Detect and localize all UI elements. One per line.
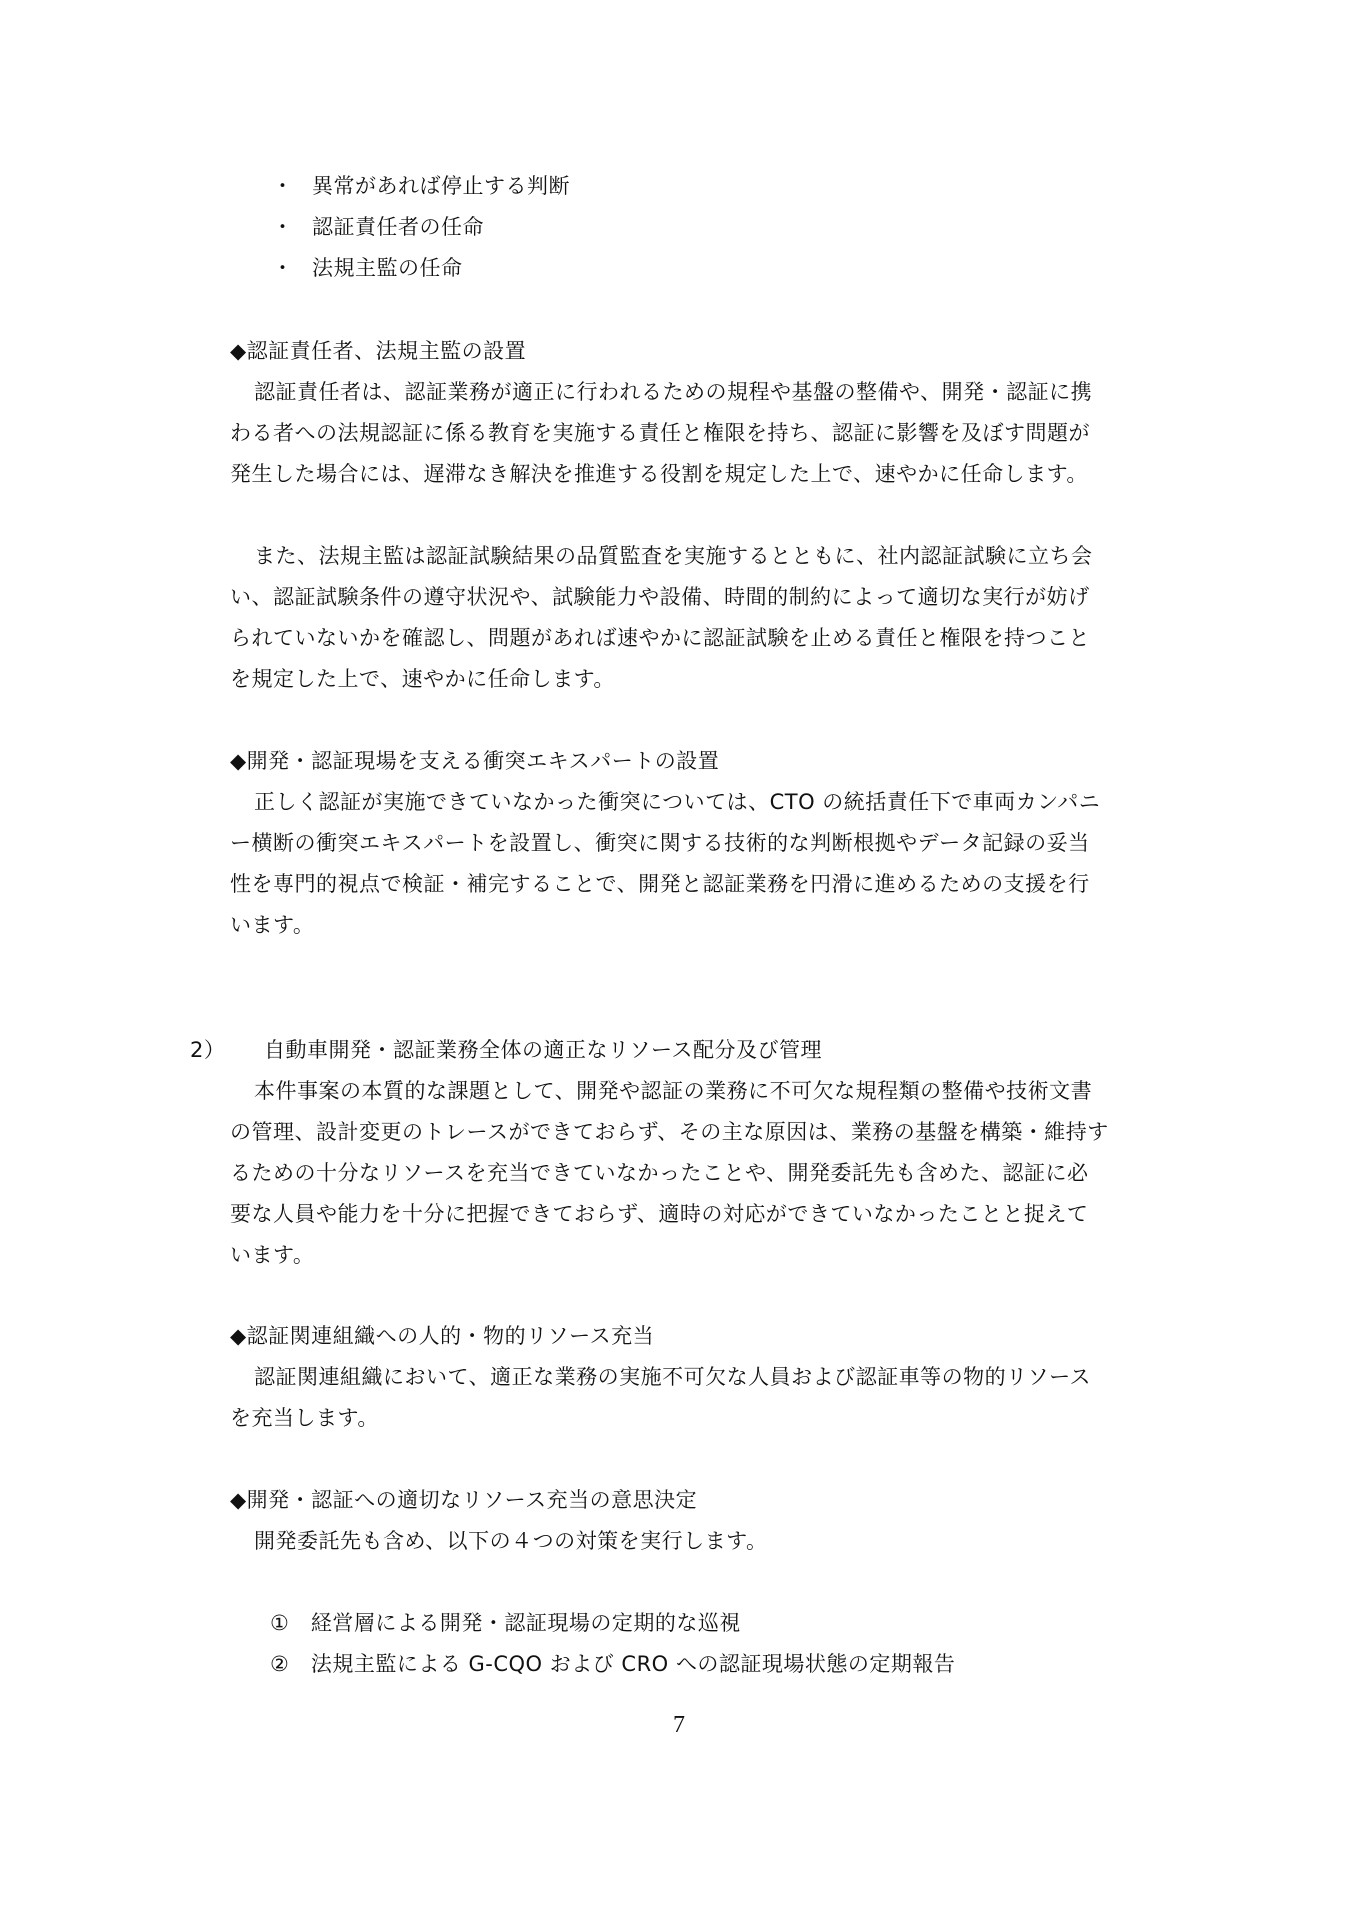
- numbered-item: ① 経営層による開発・認証現場の定期的な巡視: [270, 1609, 741, 1637]
- section-heading: ◆開発・認証への適切なリソース充当の意思決定: [230, 1486, 697, 1514]
- section-heading: ◆開発・認証現場を支える衝突エキスパートの設置: [230, 747, 719, 775]
- paragraph-line: られていないかを確認し、問題があれば速やかに認証試験を止める責任と権限を持つこと: [230, 624, 1090, 652]
- paragraph-line: 認証責任者は、認証業務が適正に行われるための規程や基盤の整備や、開発・認証に携: [254, 378, 1092, 406]
- bullet-marker: ・: [272, 172, 293, 200]
- chapter-title: 自動車開発・認証業務全体の適正なリソース配分及び管理: [264, 1036, 822, 1064]
- paragraph-line: 正しく認証が実施できていなかった衝突については、CTO の統括責任下で車両カンパ…: [254, 788, 1100, 816]
- chapter-number: 2）: [190, 1036, 225, 1064]
- paragraph-line: います。: [230, 1241, 314, 1269]
- paragraph-line: るための十分なリソースを充当できていなかったことや、開発委託先も含めた、認証に必: [230, 1159, 1089, 1187]
- page-number: 7: [0, 1712, 1358, 1739]
- paragraph-line: 性を専門的視点で検証・補完することで、開発と認証業務を円滑に進めるための支援を行: [230, 870, 1090, 898]
- paragraph-line: い、認証試験条件の遵守状況や、試験能力や設備、時間的制約によって適切な実行が妨げ: [230, 583, 1090, 611]
- paragraph-line: また、法規主監は認証試験結果の品質監査を実施するとともに、社内認証試験に立ち会: [254, 542, 1093, 570]
- section-heading: ◆認証関連組織への人的・物的リソース充当: [230, 1322, 654, 1350]
- paragraph-line: 発生した場合には、遅滞なき解決を推進する役割を規定した上で、速やかに任命します。: [230, 460, 1088, 488]
- paragraph-line: 要な人員や能力を十分に把握できておらず、適時の対応ができていなかったことと捉えて: [230, 1200, 1088, 1228]
- paragraph-line: 開発委託先も含め、以下の４つの対策を実行します。: [254, 1527, 767, 1555]
- paragraph-line: を規定した上で、速やかに任命します。: [230, 665, 615, 693]
- paragraph-line: 本件事案の本質的な課題として、開発や認証の業務に不可欠な規程類の整備や技術文書: [254, 1077, 1092, 1105]
- bullet-item: 認証責任者の任命: [312, 213, 484, 241]
- bullet-marker: ・: [272, 213, 293, 241]
- paragraph-line: います。: [230, 911, 314, 939]
- bullet-marker: ・: [272, 254, 293, 282]
- paragraph-line: を充当します。: [230, 1404, 379, 1432]
- numbered-item: ② 法規主監による G-CQO および CRO への認証現場状態の定期報告: [270, 1650, 955, 1678]
- bullet-item: 異常があれば停止する判断: [312, 172, 570, 200]
- paragraph-line: 認証関連組織において、適正な業務の実施不可欠な人員および認証車等の物的リソース: [254, 1363, 1091, 1391]
- paragraph-line: の管理、設計変更のトレースができておらず、その主な原因は、業務の基盤を構築・維持…: [230, 1118, 1109, 1146]
- document-page: ・ 異常があれば停止する判断 ・ 認証責任者の任命 ・ 法規主監の任命 ◆認証責…: [0, 0, 1358, 1920]
- bullet-item: 法規主監の任命: [312, 254, 463, 282]
- paragraph-line: わる者への法規認証に係る教育を実施する責任と権限を持ち、認証に影響を及ぼす問題が: [230, 419, 1090, 447]
- paragraph-line: ー横断の衝突エキスパートを設置し、衝突に関する技術的な判断根拠やデータ記録の妥当: [230, 829, 1090, 857]
- section-heading: ◆認証責任者、法規主監の設置: [230, 337, 526, 365]
